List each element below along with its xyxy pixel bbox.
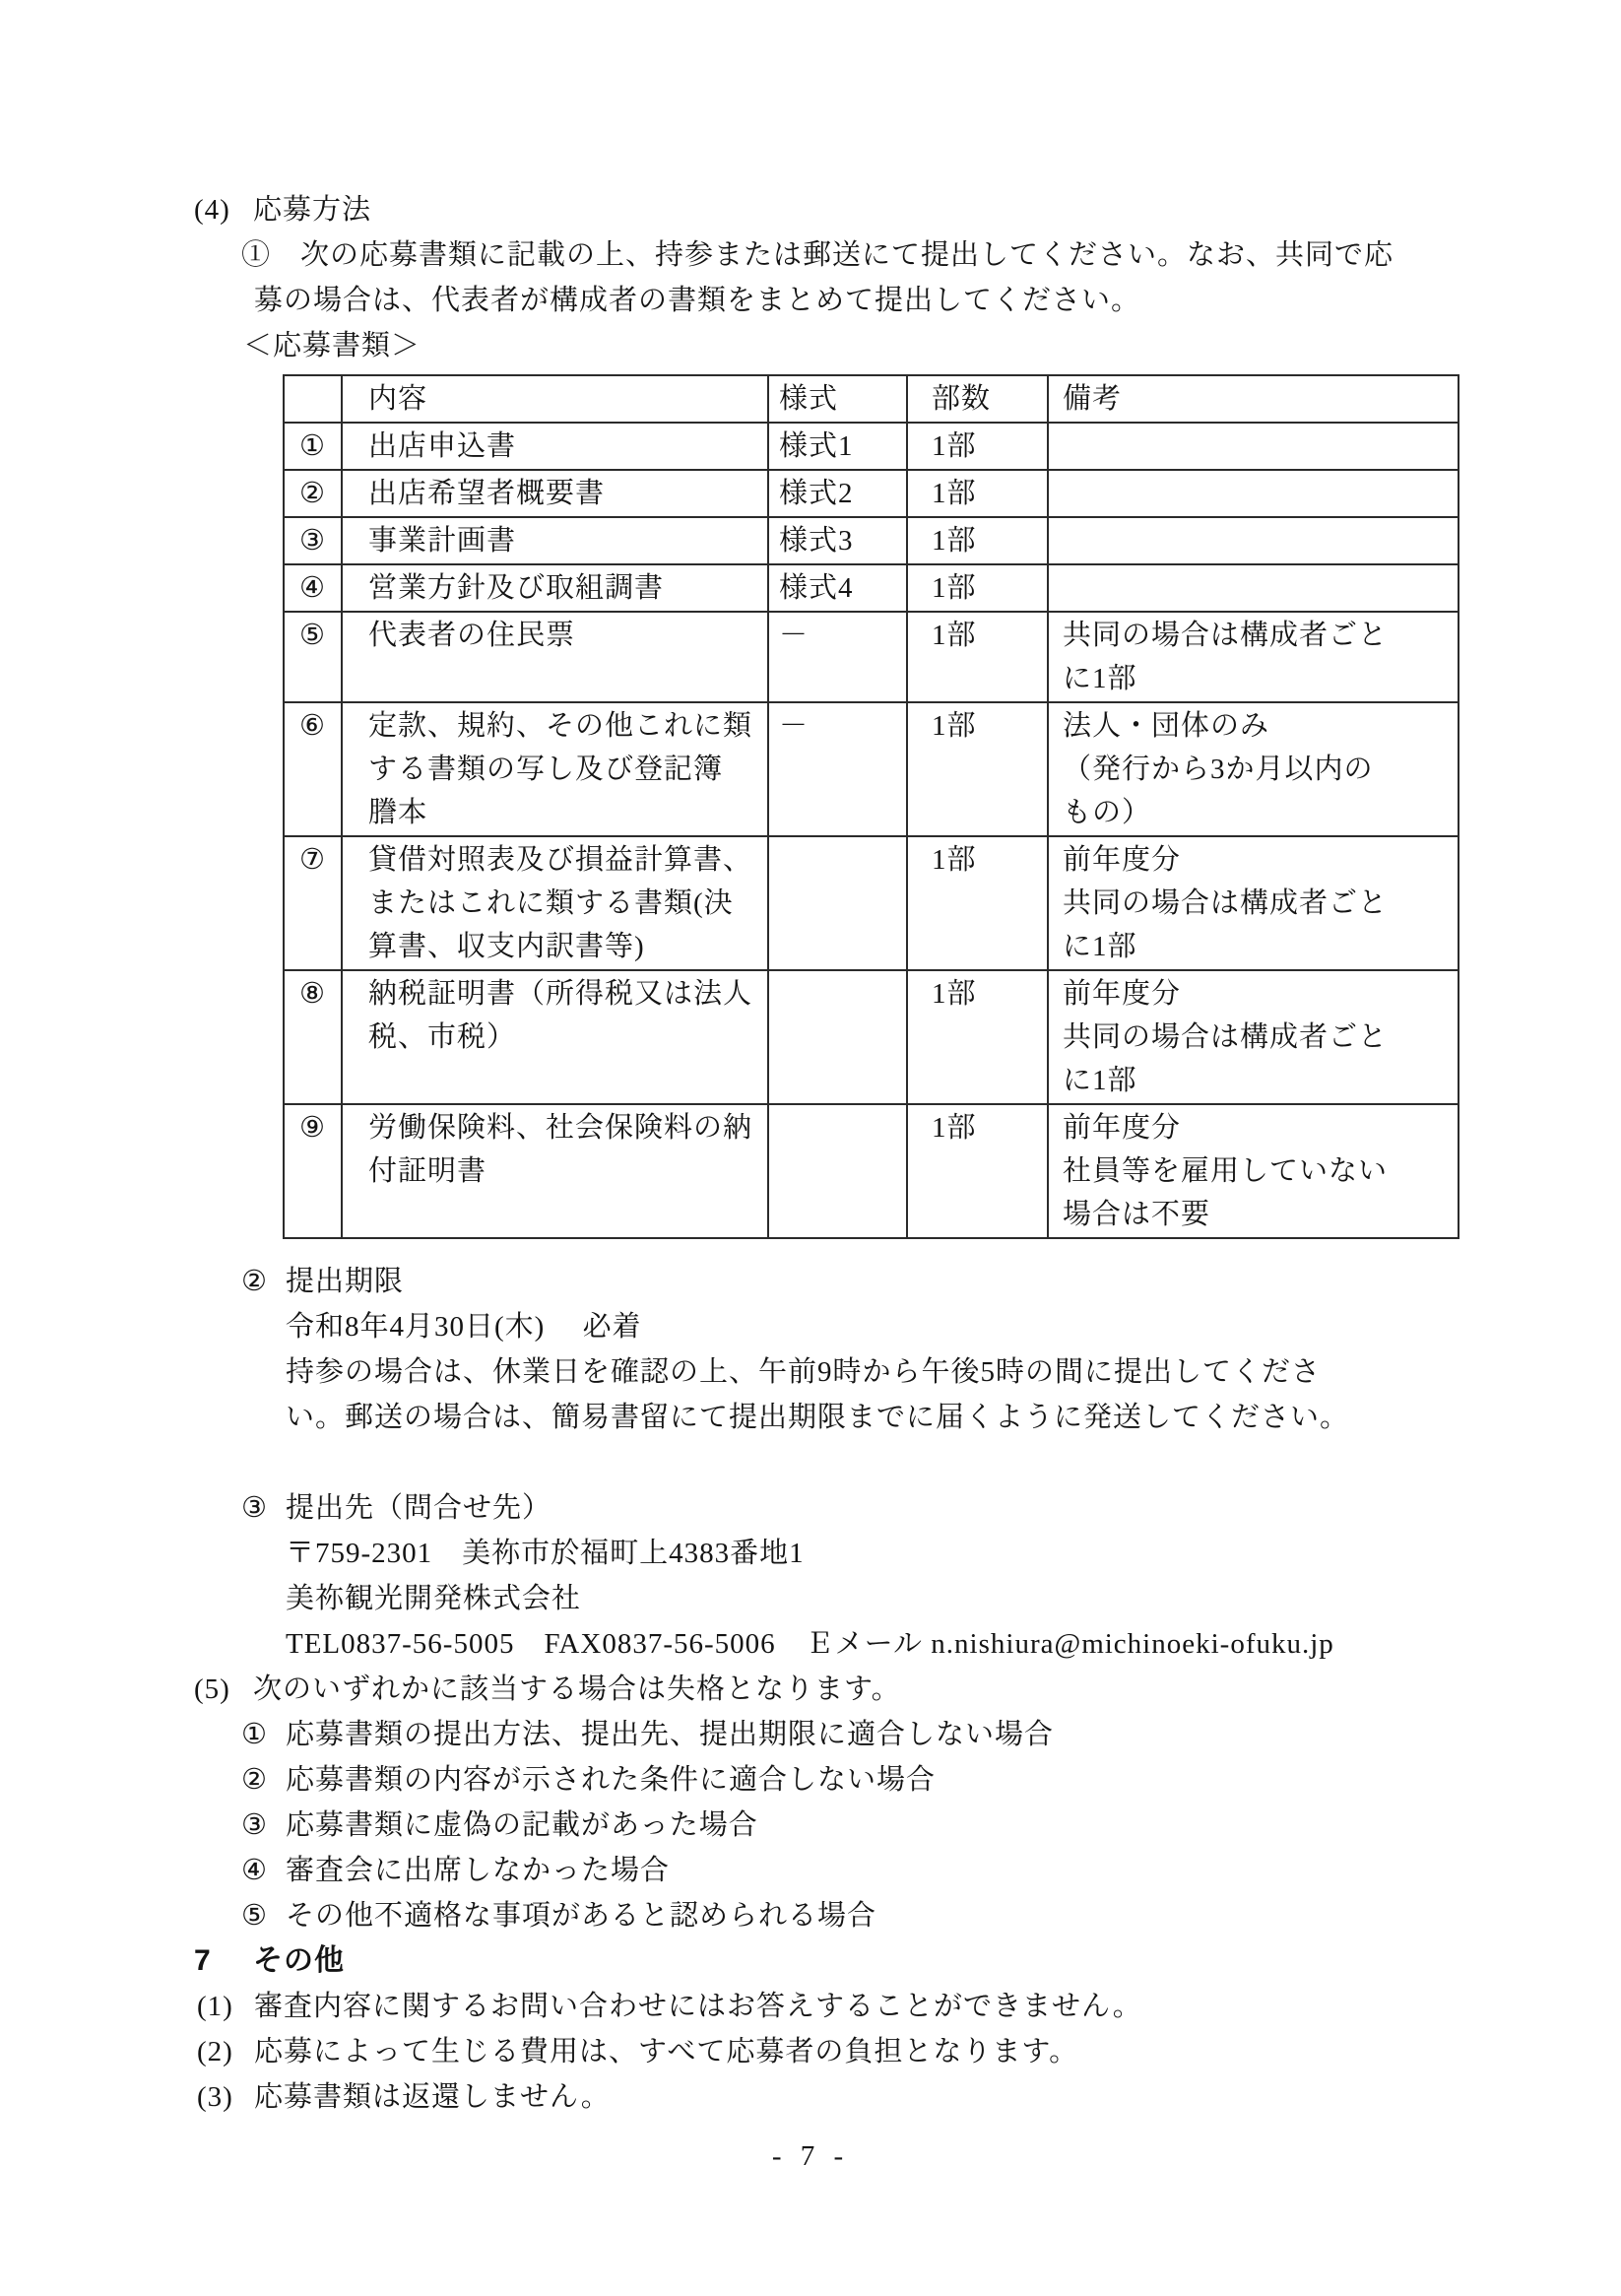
- item-marker: (1): [197, 1984, 254, 2029]
- address-marker: ③: [241, 1485, 286, 1531]
- deadline-heading: ② 提出期限: [241, 1259, 1621, 1304]
- item-marker: ③: [241, 1803, 286, 1848]
- cell-copies: 1部: [907, 1104, 1048, 1238]
- page-content: (4) 応募方法 ① 次の応募書類に記載の上、持参または郵送にて提出してください…: [0, 0, 1621, 2179]
- section7-item: (3) 応募書類は返還しません。: [197, 2074, 1621, 2120]
- section4-title: 応募方法: [253, 187, 371, 232]
- cell-content: 代表者の住民票: [342, 612, 768, 702]
- item-text: 応募書類の提出方法、提出先、提出期限に適合しない場合: [286, 1712, 1054, 1757]
- table-row: ⑧ 納税証明書（所得税又は法人 税、市税） 1部 前年度分 共同の場合は構成者ご…: [284, 970, 1459, 1104]
- cell-content: 営業方針及び取組調書: [342, 564, 768, 612]
- address-body: 〒759-2301 美祢市於福町上4383番地1 美祢観光開発株式会社 TEL0…: [286, 1531, 1483, 1667]
- table-header-row: 内容 様式 部数 備考: [284, 375, 1459, 423]
- cell-note: [1048, 470, 1459, 517]
- cell-copies: 1部: [907, 836, 1048, 970]
- item-marker: (2): [197, 2029, 254, 2074]
- section5-item: ④ 審査会に出席しなかった場合: [241, 1848, 1621, 1893]
- item-text: 応募書類の内容が示された条件に適合しない場合: [286, 1757, 936, 1803]
- cell-no: ⑤: [284, 612, 342, 702]
- deadline-body: 令和8年4月30日(木) 必着 持参の場合は、休業日を確認の上、午前9時から午後…: [286, 1304, 1483, 1440]
- cell-content: 事業計画書: [342, 517, 768, 564]
- cell-copies: 1部: [907, 564, 1048, 612]
- item-text: 応募書類に虚偽の記載があった場合: [286, 1803, 758, 1848]
- section5-marker: (5): [194, 1667, 253, 1712]
- item-text: 審査会に出席しなかった場合: [286, 1848, 670, 1893]
- cell-copies: 1部: [907, 470, 1048, 517]
- item-marker: ①: [241, 1712, 286, 1757]
- cell-form: 様式4: [768, 564, 907, 612]
- header-form: 様式: [768, 375, 907, 423]
- item-marker: ⑤: [241, 1893, 286, 1938]
- cell-note: [1048, 564, 1459, 612]
- cell-content: 出店希望者概要書: [342, 470, 768, 517]
- cell-no: ⑨: [284, 1104, 342, 1238]
- table-row: ⑥ 定款、規約、その他これに類 する書類の写し及び登記簿 謄本 － 1部 法人・…: [284, 702, 1459, 836]
- address-heading: ③ 提出先（問合せ先）: [241, 1485, 1621, 1531]
- cell-form: [768, 836, 907, 970]
- cell-no: ②: [284, 470, 342, 517]
- section5-heading: (5) 次のいずれかに該当する場合は失格となります。: [194, 1667, 1621, 1712]
- table-row: ② 出店希望者概要書 様式2 1部: [284, 470, 1459, 517]
- section5-item: ② 応募書類の内容が示された条件に適合しない場合: [241, 1757, 1621, 1803]
- cell-form: －: [768, 612, 907, 702]
- table-row: ③ 事業計画書 様式3 1部: [284, 517, 1459, 564]
- deadline-title: 提出期限: [286, 1259, 404, 1304]
- cell-form: 様式3: [768, 517, 907, 564]
- cell-form: 様式1: [768, 423, 907, 470]
- deadline-marker: ②: [241, 1259, 286, 1304]
- cell-no: ③: [284, 517, 342, 564]
- cell-content: 納税証明書（所得税又は法人 税、市税）: [342, 970, 768, 1104]
- section5-item: ① 応募書類の提出方法、提出先、提出期限に適合しない場合: [241, 1712, 1621, 1757]
- section7-heading: 7 その他: [194, 1938, 1621, 1984]
- cell-form: 様式2: [768, 470, 907, 517]
- cell-note: [1048, 517, 1459, 564]
- cell-no: ⑥: [284, 702, 342, 836]
- cell-content: 貸借対照表及び損益計算書、 またはこれに類する書類(決 算書、収支内訳書等): [342, 836, 768, 970]
- item-text: 応募によって生じる費用は、すべて応募者の負担となります。: [254, 2029, 1078, 2074]
- item-text: その他不適格な事項があると認められる場合: [286, 1893, 876, 1938]
- cell-note: 前年度分 共同の場合は構成者ごと に1部: [1048, 836, 1459, 970]
- page-number: - 7 -: [0, 2133, 1621, 2179]
- cell-note: 共同の場合は構成者ごと に1部: [1048, 612, 1459, 702]
- header-no: [284, 375, 342, 423]
- cell-copies: 1部: [907, 423, 1048, 470]
- cell-no: ⑧: [284, 970, 342, 1104]
- table-row: ⑦ 貸借対照表及び損益計算書、 またはこれに類する書類(決 算書、収支内訳書等)…: [284, 836, 1459, 970]
- cell-no: ⑦: [284, 836, 342, 970]
- section7-title: その他: [253, 1938, 345, 1984]
- cell-copies: 1部: [907, 702, 1048, 836]
- section5-item: ⑤ その他不適格な事項があると認められる場合: [241, 1893, 1621, 1938]
- section4-heading: (4) 応募方法: [194, 187, 1621, 232]
- section7-marker: 7: [194, 1938, 253, 1984]
- documents-label: ＜応募書類＞: [243, 323, 1621, 368]
- table-row: ④ 営業方針及び取組調書 様式4 1部: [284, 564, 1459, 612]
- cell-form: －: [768, 702, 907, 836]
- cell-note: 前年度分 共同の場合は構成者ごと に1部: [1048, 970, 1459, 1104]
- section5-title: 次のいずれかに該当する場合は失格となります。: [253, 1667, 901, 1712]
- item-marker: ②: [241, 1757, 286, 1803]
- cell-copies: 1部: [907, 970, 1048, 1104]
- item-text: 応募書類は返還しません。: [254, 2074, 611, 2120]
- cell-note: 法人・団体のみ （発行から3か月以内の もの）: [1048, 702, 1459, 836]
- cell-copies: 1部: [907, 612, 1048, 702]
- item-marker: (3): [197, 2074, 254, 2120]
- header-note: 備考: [1048, 375, 1459, 423]
- section5-item: ③ 応募書類に虚偽の記載があった場合: [241, 1803, 1621, 1848]
- item-marker: ④: [241, 1848, 286, 1893]
- cell-content: 定款、規約、その他これに類 する書類の写し及び登記簿 謄本: [342, 702, 768, 836]
- cell-content: 労働保険料、社会保険料の納 付証明書: [342, 1104, 768, 1238]
- section7-item: (2) 応募によって生じる費用は、すべて応募者の負担となります。: [197, 2029, 1621, 2074]
- table-row: ⑨ 労働保険料、社会保険料の納 付証明書 1部 前年度分 社員等を雇用していない…: [284, 1104, 1459, 1238]
- cell-form: [768, 1104, 907, 1238]
- header-copies: 部数: [907, 375, 1048, 423]
- section7-item: (1) 審査内容に関するお問い合わせにはお答えすることができません。: [197, 1984, 1621, 2029]
- cell-no: ①: [284, 423, 342, 470]
- item-text: 審査内容に関するお問い合わせにはお答えすることができません。: [254, 1984, 1142, 2029]
- cell-no: ④: [284, 564, 342, 612]
- scanned-document-page: (4) 応募方法 ① 次の応募書類に記載の上、持参または郵送にて提出してください…: [0, 0, 1621, 2296]
- address-title: 提出先（問合せ先）: [286, 1485, 551, 1531]
- cell-note: 前年度分 社員等を雇用していない 場合は不要: [1048, 1104, 1459, 1238]
- table-row: ⑤ 代表者の住民票 － 1部 共同の場合は構成者ごと に1部: [284, 612, 1459, 702]
- cell-content: 出店申込書: [342, 423, 768, 470]
- section4-item1-paragraph: ① 次の応募書類に記載の上、持参または郵送にて提出してください。なお、共同で応 …: [254, 232, 1473, 323]
- cell-form: [768, 970, 907, 1104]
- cell-note: [1048, 423, 1459, 470]
- cell-copies: 1部: [907, 517, 1048, 564]
- section4-marker: (4): [194, 187, 253, 232]
- documents-table: 内容 様式 部数 備考 ① 出店申込書 様式1 1部 ② 出店希望者概要書 様: [283, 374, 1459, 1239]
- table-row: ① 出店申込書 様式1 1部: [284, 423, 1459, 470]
- header-content: 内容: [342, 375, 768, 423]
